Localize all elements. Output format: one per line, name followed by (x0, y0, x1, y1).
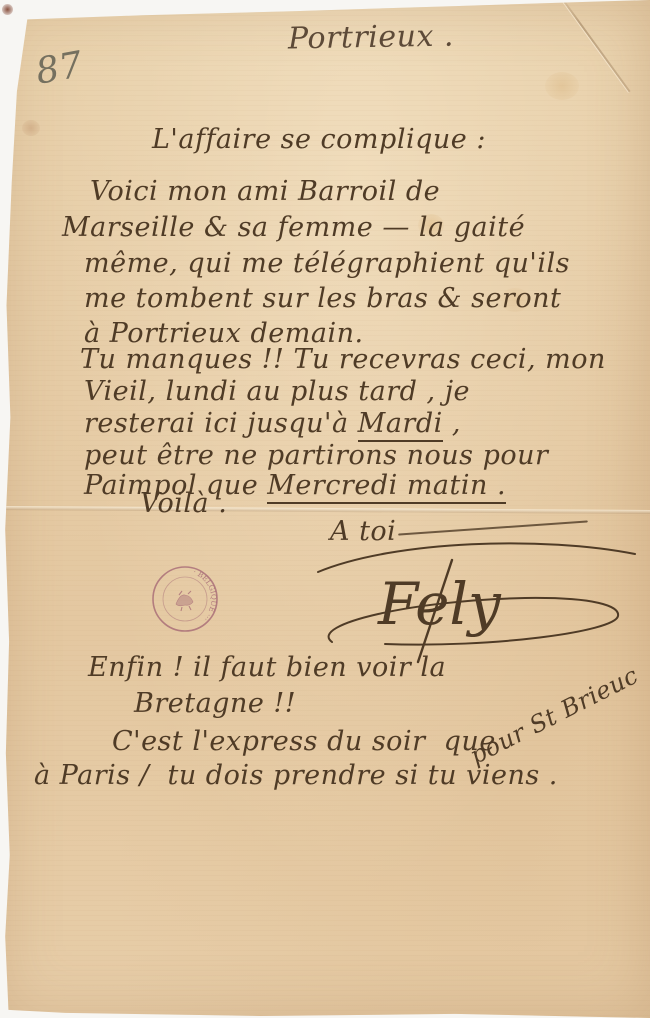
body-line: Voilà . (140, 488, 227, 519)
body-line: peut être ne partirons nous pour (84, 440, 548, 471)
signature-name: Fely (377, 570, 502, 638)
body-text: , (443, 408, 461, 439)
stamp-text: · BELGIQUE ··· (192, 567, 218, 623)
library-stamp: · BELGIQUE ··· (148, 562, 222, 636)
body-line: L'affaire se complique : (152, 124, 486, 155)
letter-paper: 87 Portrieux . L'affaire se complique : … (0, 0, 650, 1018)
postscript-line: C'est l'express du soir que (112, 726, 496, 757)
body-line: me tombent sur les bras & seront (84, 283, 561, 314)
body-line: resterai ici jusqu'à Mardi , (84, 408, 461, 439)
photograph-background: 87 Portrieux . L'affaire se complique : … (0, 0, 650, 1018)
postscript-line: Bretagne !! (134, 688, 296, 719)
body-line: Tu manques !! Tu recevras ceci, mon (80, 344, 606, 375)
archival-number: 87 (33, 44, 86, 93)
letter-heading-place: Portrieux . (288, 19, 455, 57)
age-stain (545, 72, 579, 100)
stamp-emblem (176, 591, 193, 611)
signature-block: Fely (300, 532, 645, 664)
body-line: même, qui me télégraphient qu'ils (84, 248, 570, 279)
corner-crease (558, 0, 630, 92)
underlined-phrase: Mercredi matin . (267, 470, 506, 504)
underlined-word: Mardi (358, 408, 443, 442)
body-line: Vieil, lundi au plus tard , je (84, 376, 470, 407)
postscript-line: Enfin ! il faut bien voir la (88, 652, 446, 683)
age-stain (22, 120, 40, 136)
body-line: Voici mon ami Barroil de (90, 176, 440, 207)
fold-crease (0, 506, 650, 514)
corner-stain (2, 4, 13, 15)
body-text: resterai ici jusqu'à (84, 408, 358, 439)
stamp-graphic: · BELGIQUE ··· (148, 562, 222, 636)
signature-flourish: Fely (300, 532, 645, 664)
body-line: Marseille & sa femme — la gaité (62, 212, 525, 243)
postscript-line: à Paris / tu dois prendre si tu viens . (34, 760, 558, 791)
